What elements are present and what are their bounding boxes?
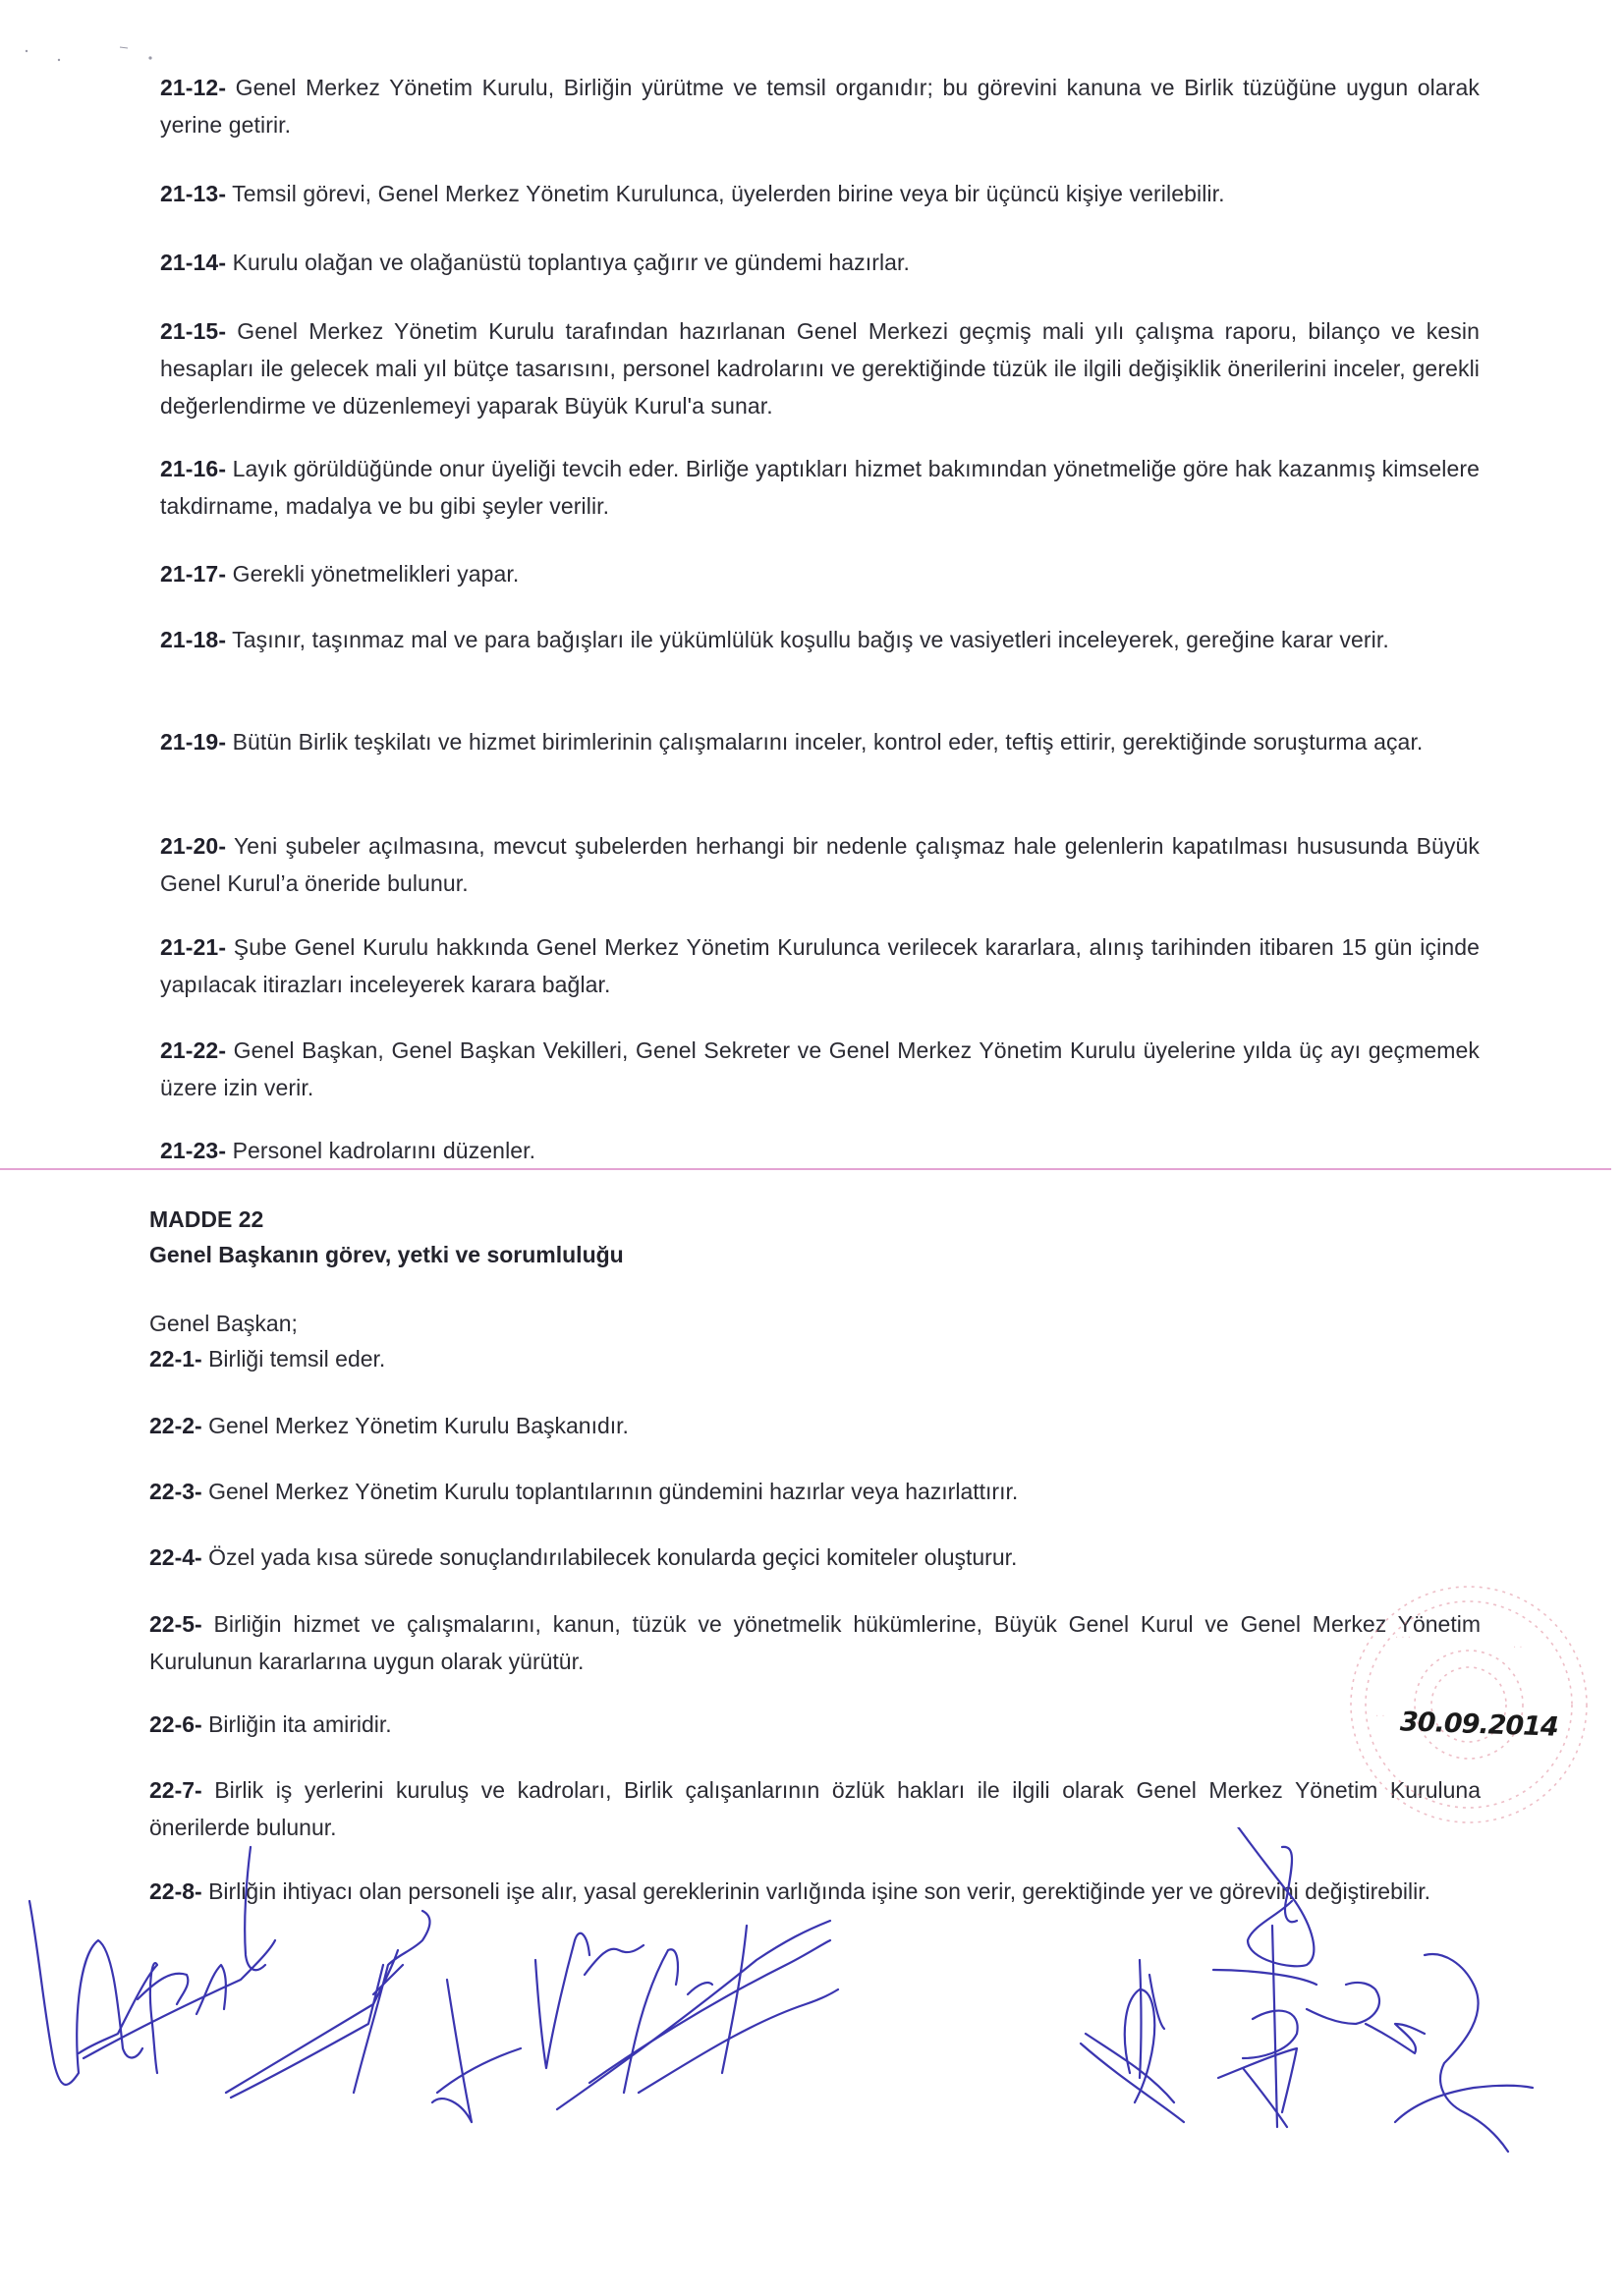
clause-text: Genel Merkez Yönetim Kurulu toplantıları… xyxy=(202,1479,1019,1504)
svg-text:· ·: · · xyxy=(1375,1711,1385,1722)
clause-number: 22-8- xyxy=(149,1878,202,1904)
scan-artifacts xyxy=(0,0,295,79)
clause-number: 21-21- xyxy=(160,934,226,960)
clause-number: 22-3- xyxy=(149,1479,202,1504)
clause-22-5: 22-5- Birliğin hizmet ve çalışmalarını, … xyxy=(149,1605,1481,1680)
clause-number: 21-20- xyxy=(160,833,226,859)
clause-22-8: 22-8- Birliğin ihtiyacı olan personeli i… xyxy=(149,1873,1481,1910)
clause-text: Layık görüldüğünde onur üyeliği tevcih e… xyxy=(160,456,1480,519)
clause-text: Genel Merkez Yönetim Kurulu, Birliğin yü… xyxy=(160,75,1480,138)
clause-22-6: 22-6- Birliğin ita amiridir. xyxy=(149,1706,1481,1743)
clause-text: Genel Merkez Yönetim Kurulu Başkanıdır. xyxy=(202,1413,629,1438)
clause-21-13: 21-13- Temsil görevi, Genel Merkez Yönet… xyxy=(160,175,1480,212)
document-page: 21-12- Genel Merkez Yönetim Kurulu, Birl… xyxy=(0,0,1624,2296)
clause-21-12: 21-12- Genel Merkez Yönetim Kurulu, Birl… xyxy=(160,69,1480,143)
clause-number: 22-6- xyxy=(149,1711,202,1737)
official-stamp: · · · · · · · · · · · · · xyxy=(1336,1572,1601,1837)
clause-number: 21-23- xyxy=(160,1138,226,1163)
clause-text: Birlik iş yerlerini kuruluş ve kadroları… xyxy=(149,1777,1481,1840)
clause-text: Gerekli yönetmelikleri yapar. xyxy=(226,561,519,587)
clause-21-19: 21-19- Bütün Birlik teşkilatı ve hizmet … xyxy=(160,723,1480,760)
clause-number: 21-17- xyxy=(160,561,226,587)
clause-number: 21-16- xyxy=(160,456,226,481)
clause-number: 22-4- xyxy=(149,1544,202,1570)
clause-text: Genel Başkan, Genel Başkan Vekilleri, Ge… xyxy=(160,1037,1480,1100)
clause-number: 21-14- xyxy=(160,250,226,275)
clause-text: Birliğin hizmet ve çalışmalarını, kanun,… xyxy=(149,1611,1481,1674)
svg-text:· · · ·: · · · · xyxy=(1454,1792,1476,1803)
clause-22-2: 22-2- Genel Merkez Yönetim Kurulu Başkan… xyxy=(149,1407,1481,1444)
clause-text: Taşınır, taşınmaz mal ve para bağışları … xyxy=(226,627,1389,652)
clause-number: 21-22- xyxy=(160,1037,226,1063)
clause-number: 21-12- xyxy=(160,75,226,100)
clause-number: 21-13- xyxy=(160,181,226,206)
clause-text: Şube Genel Kurulu hakkında Genel Merkez … xyxy=(160,934,1480,997)
clause-22-4: 22-4- Özel yada kısa sürede sonuçlandırı… xyxy=(149,1539,1481,1576)
clause-text: Birliğin ihtiyacı olan personeli işe alı… xyxy=(202,1878,1430,1904)
handwritten-date: 30.09.2014 xyxy=(1400,1707,1559,1743)
clause-21-21: 21-21- Şube Genel Kurulu hakkında Genel … xyxy=(160,928,1480,1003)
clause-text: Genel Merkez Yönetim Kurulu tarafından h… xyxy=(160,318,1480,419)
clause-21-18: 21-18- Taşınır, taşınmaz mal ve para bağ… xyxy=(160,621,1480,658)
clause-text: Birliğin ita amiridir. xyxy=(202,1711,392,1737)
clause-number: 21-15- xyxy=(160,318,226,344)
clause-21-22: 21-22- Genel Başkan, Genel Başkan Vekill… xyxy=(160,1032,1480,1106)
clause-number: 22-5- xyxy=(149,1611,202,1637)
clause-number: 22-2- xyxy=(149,1413,202,1438)
svg-text:· · ·: · · · xyxy=(1395,1633,1411,1644)
clause-text: Yeni şubeler açılmasına, mevcut şubelerd… xyxy=(160,833,1480,896)
clause-text: Özel yada kısa sürede sonuçlandırılabile… xyxy=(202,1544,1018,1570)
article-title: MADDE 22 xyxy=(149,1201,263,1238)
clause-text: Temsil görevi, Genel Merkez Yönetim Kuru… xyxy=(226,181,1225,206)
signature-7 xyxy=(1307,1954,1533,2152)
signature-5 xyxy=(1081,1960,1184,2122)
clause-22-3: 22-3- Genel Merkez Yönetim Kurulu toplan… xyxy=(149,1473,1481,1510)
clause-number: 21-18- xyxy=(160,627,226,652)
article-intro: Genel Başkan; xyxy=(149,1305,298,1342)
svg-text:· ·: · · xyxy=(1513,1643,1523,1653)
clause-21-15: 21-15- Genel Merkez Yönetim Kurulu taraf… xyxy=(160,312,1480,424)
clause-21-14: 21-14- Kurulu olağan ve olağanüstü topla… xyxy=(160,244,1480,281)
section-divider xyxy=(0,1168,1611,1170)
signature-2 xyxy=(226,1911,430,2098)
clause-21-20: 21-20- Yeni şubeler açılmasına, mevcut ş… xyxy=(160,827,1480,902)
clause-22-7: 22-7- Birlik iş yerlerini kuruluş ve kad… xyxy=(149,1771,1481,1846)
clause-text: Bütün Birlik teşkilatı ve hizmet birimle… xyxy=(226,729,1423,755)
clause-22-1: 22-1- Birliği temsil eder. xyxy=(149,1340,1481,1377)
signature-3 xyxy=(432,1933,644,2122)
clause-text: Birliği temsil eder. xyxy=(202,1346,386,1372)
clause-number: 22-7- xyxy=(149,1777,202,1803)
clause-number: 22-1- xyxy=(149,1346,202,1372)
clause-text: Personel kadrolarını düzenler. xyxy=(226,1138,535,1163)
clause-21-17: 21-17- Gerekli yönetmelikleri yapar. xyxy=(160,555,1480,592)
clause-21-16: 21-16- Layık görüldüğünde onur üyeliği t… xyxy=(160,450,1480,525)
signature-4 xyxy=(557,1921,838,2109)
clause-text: Kurulu olağan ve olağanüstü toplantıya ç… xyxy=(226,250,910,275)
clause-21-23: 21-23- Personel kadrolarını düzenler. xyxy=(160,1132,1480,1169)
article-subtitle: Genel Başkanın görev, yetki ve sorumlulu… xyxy=(149,1236,624,1273)
clause-number: 21-19- xyxy=(160,729,226,755)
